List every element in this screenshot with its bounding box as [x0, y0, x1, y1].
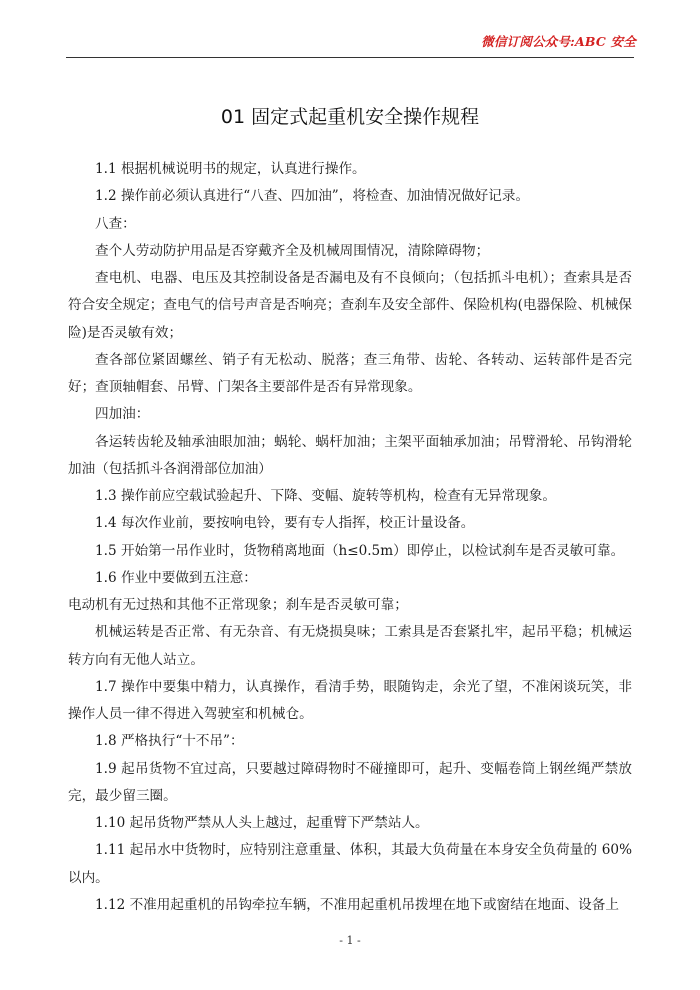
paragraph: 各运转齿轮及轴承油眼加油；蜗轮、蜗杆加油；主架平面轴承加油；吊臂滑轮、吊钩滑轮加…: [68, 429, 632, 484]
paragraph: 1.10 起吊货物严禁从人头上越过，起重臂下严禁站人。: [68, 810, 632, 837]
paragraph: 1.7 操作中要集中精力，认真操作，看清手势，眼随钩走，余光了望，不准闲谈玩笑，…: [68, 674, 632, 729]
paragraph: 查电机、电器、电压及其控制设备是否漏电及有不良倾向；（包括抓斗电机）；查索具是否…: [68, 265, 632, 347]
document-title: 01 固定式起重机安全操作规程: [0, 102, 700, 129]
paragraph: 电动机有无过热和其他不正常现象；刹车是否灵敏可靠；: [68, 592, 632, 619]
paragraph: 查各部位紧固螺丝、销子有无松动、脱落；查三角带、齿轮、各转动、运转部件是否完好；…: [68, 347, 632, 402]
paragraph: 查个人劳动防护用品是否穿戴齐全及机械周围情况，清除障碍物；: [68, 238, 632, 265]
paragraph: 1.5 开始第一吊作业时，货物稍离地面（h≤0.5m）即停止，以检试刹车是否灵敏…: [68, 538, 632, 565]
page-number: - 1 -: [0, 934, 700, 947]
paragraph: 机械运转是否正常、有无杂音、有无烧损臭味；工索具是否套紧扎牢，起吊平稳；机械运转…: [68, 619, 632, 674]
paragraph: 1.4 每次作业前，要按响电铃，要有专人指挥，校正计量设备。: [68, 510, 632, 537]
paragraph: 1.8 严格执行“十不吊”：: [68, 728, 632, 755]
paragraph: 1.11 起吊水中货物时，应特别注意重量、体积，其最大负荷量在本身安全负荷量的 …: [68, 837, 632, 892]
paragraph: 1.1 根据机械说明书的规定，认真进行操作。: [68, 156, 632, 183]
paragraph: 1.12 不准用起重机的吊钩牵拉车辆，不准用起重机吊拨埋在地下或窗结在地面、设备…: [68, 892, 632, 919]
paragraph: 1.2 操作前必须认真进行“八查、四加油”，将检查、加油情况做好记录。: [68, 183, 632, 210]
header-source-label: 微信订阅公众号:ABC 安全: [481, 32, 636, 50]
paragraph: 1.6 作业中要做到五注意：: [68, 565, 632, 592]
paragraph: 八查：: [68, 211, 632, 238]
document-body: 1.1 根据机械说明书的规定，认真进行操作。 1.2 操作前必须认真进行“八查、…: [68, 156, 632, 919]
header-divider: [66, 57, 634, 58]
paragraph: 1.9 起吊货物不宜过高，只要越过障碍物时不碰撞即可，起升、变幅卷筒上钢丝绳严禁…: [68, 756, 632, 811]
paragraph: 四加油：: [68, 401, 632, 428]
paragraph: 1.3 操作前应空载试验起升、下降、变幅、旋转等机构，检查有无异常现象。: [68, 483, 632, 510]
